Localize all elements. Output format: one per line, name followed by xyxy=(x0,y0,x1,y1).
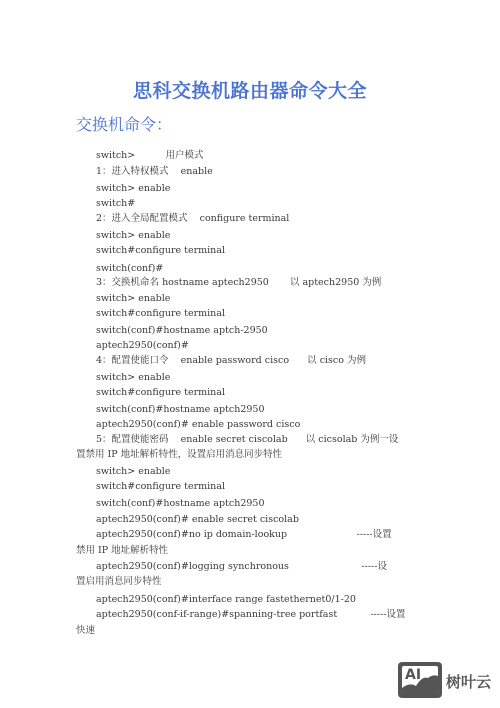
command-line: switch> enable xyxy=(96,183,170,195)
document-title: 思科交换机路由器命令大全 xyxy=(0,76,500,103)
command-line: switch> 用户模式 xyxy=(96,150,203,162)
command-line: switch(conf)#hostname aptch-2950 xyxy=(96,325,268,337)
command-line: switch#configure terminal xyxy=(96,387,225,399)
command-line: 2：进入全局配置模式 configure terminal xyxy=(96,213,289,225)
command-line: 置禁用 IP 地址解析特性，设置启用消息同步特性 xyxy=(76,449,282,461)
watermark-logo-icon: AI xyxy=(398,662,442,698)
command-line: aptech2950(conf)#interface range fasteth… xyxy=(96,594,356,606)
section-heading: 交换机命令： xyxy=(76,112,172,135)
command-line: 1：进入特权模式 enable xyxy=(96,166,213,178)
command-line: 4：配置使能口令 enable password cisco 以 cisco 为… xyxy=(96,355,366,367)
mountain-icon xyxy=(402,666,438,692)
command-line: switch#configure terminal xyxy=(96,308,225,320)
command-line: aptech2950(conf)# enable secret ciscolab xyxy=(96,514,299,526)
command-line: switch(conf)# xyxy=(96,263,163,275)
command-line: switch> enable xyxy=(96,466,170,478)
command-line: 置启用消息同步特性 xyxy=(76,576,162,588)
command-line: aptech2950(conf-if-range)#spanning-tree … xyxy=(96,609,405,621)
command-line: aptech2950(conf)# enable password cisco xyxy=(96,419,300,431)
command-line: aptech2950(conf)#logging synchronous ---… xyxy=(96,561,387,573)
command-line: switch#configure terminal xyxy=(96,481,225,493)
command-line: aptech2950(conf)#no ip domain-lookup ---… xyxy=(96,529,392,541)
command-line: switch> enable xyxy=(96,293,170,305)
command-line: switch# xyxy=(96,198,135,210)
command-line: switch> enable xyxy=(96,372,170,384)
command-line: switch> enable xyxy=(96,230,170,242)
command-line: aptech2950(conf)# xyxy=(96,340,189,352)
watermark-brand: 树叶云 xyxy=(446,671,491,692)
command-line: 5：配置使能密码 enable secret ciscolab 以 cicsol… xyxy=(96,434,398,446)
command-line: switch#configure terminal xyxy=(96,245,225,257)
command-line: 禁用 IP 地址解析特性 xyxy=(76,545,168,557)
command-line: 3：交换机命名 hostname aptech2950 以 aptech2950… xyxy=(96,277,381,289)
command-line: switch(conf)#hostname aptch2950 xyxy=(96,498,265,510)
command-line: 快速 xyxy=(76,625,95,637)
command-line: switch(conf)#hostname aptch2950 xyxy=(96,404,265,416)
